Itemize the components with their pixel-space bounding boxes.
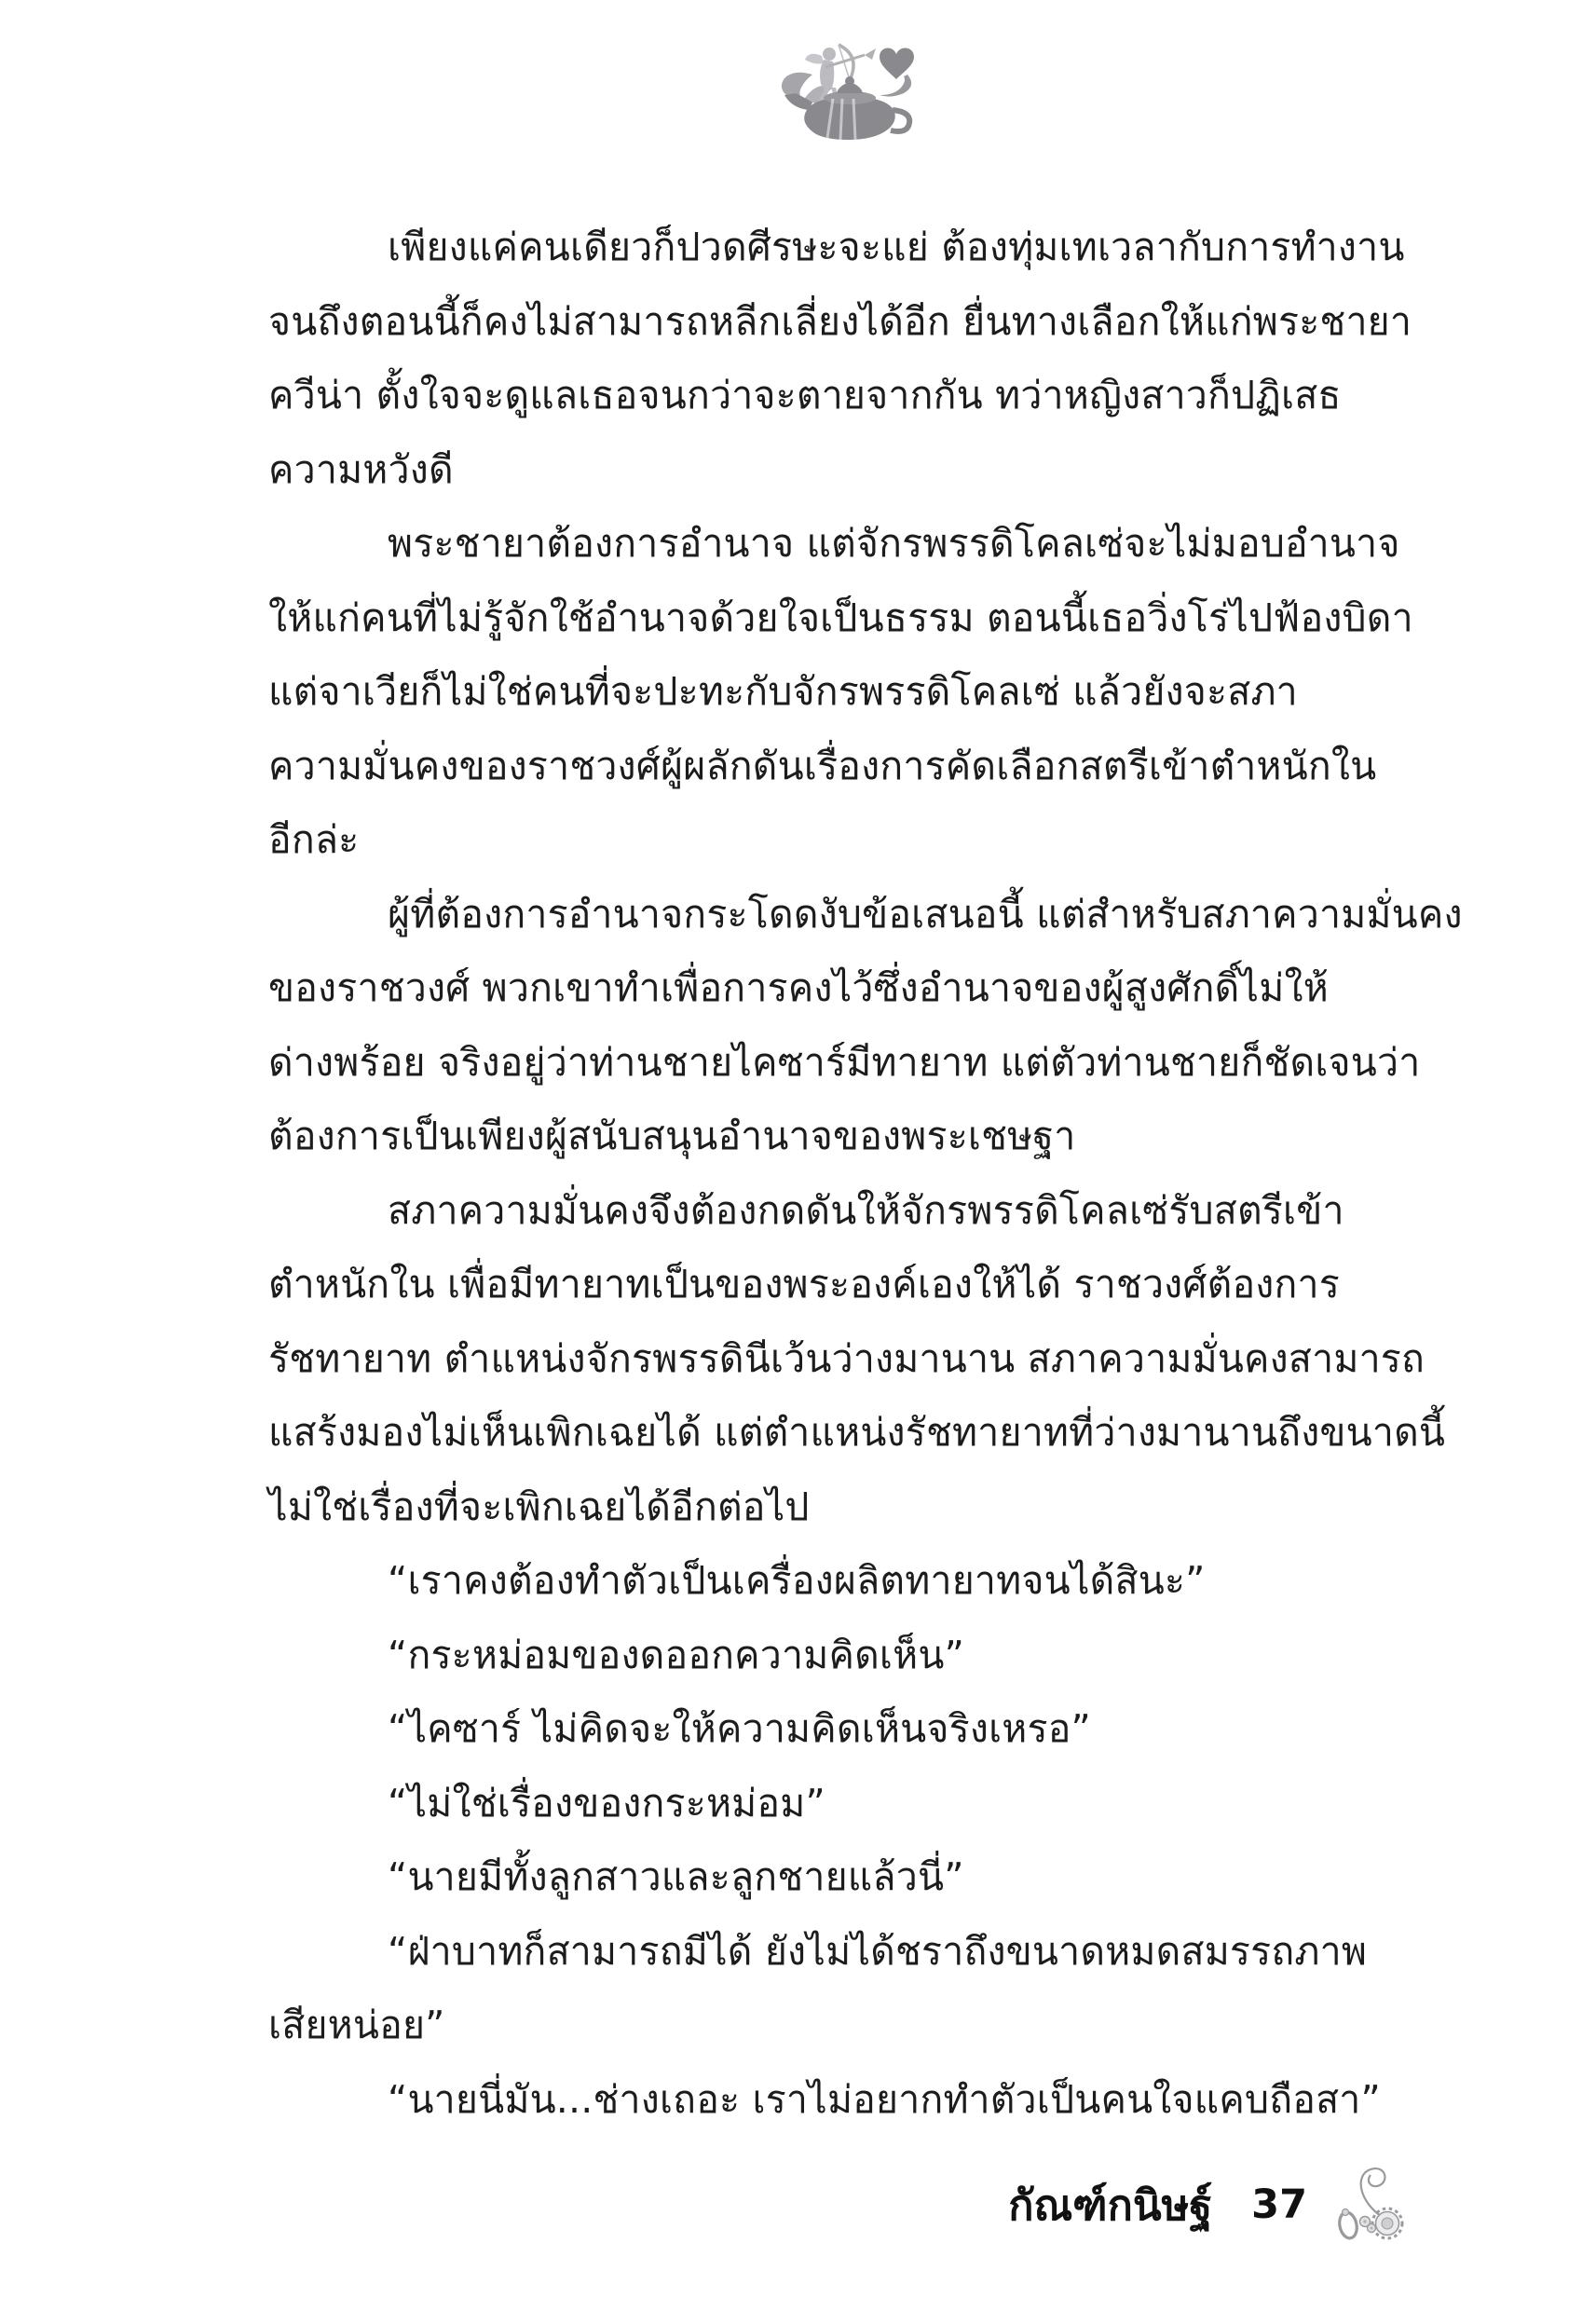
text-line: ด่างพร้อย จริงอยู่ว่าท่านชายไคซาร์มีทายา… [268, 1026, 1440, 1101]
text-line: เสียหน่อย” [268, 1989, 1440, 2063]
necklace-ring-icon [1331, 2160, 1413, 2249]
text-line: “เราคงต้องทำตัวเป็นเครื่องผลิตทายาทจนได้… [268, 1544, 1440, 1619]
page-number: 37 [1251, 2181, 1307, 2228]
text-line: “นายมีทั้งลูกสาวและลูกชายแล้วนี่” [268, 1840, 1440, 1915]
text-line: ตำหนักใน เพื่อมีทายาทเป็นของพระองค์เองให… [268, 1248, 1440, 1322]
text-line: รัชทายาท ตำแหน่งจักรพรรดินีเว้นว่างมานาน… [268, 1322, 1440, 1397]
text-line: อีกล่ะ [268, 803, 1440, 878]
text-line: สภาความมั่นคงจึงต้องกดดันให้จักรพรรดิโคล… [268, 1174, 1440, 1249]
page-footer: กัณฑ์กนิษฐ์ 37 [1008, 2160, 1413, 2249]
cupid-genie-lamp-ornament [768, 39, 935, 149]
text-line: ผู้ที่ต้องการอำนาจกระโดดงับข้อเสนอนี้ แต… [268, 878, 1440, 952]
jewelry-necklace-ornament [1331, 2160, 1413, 2249]
text-line: เพียงแค่คนเดียวก็ปวดศีรษะจะแย่ ต้องทุ่มเ… [268, 211, 1440, 285]
text-line: “นายนี่มัน...ช่างเถอะ เราไม่อยากทำตัวเป็… [268, 2063, 1440, 2138]
book-page: เพียงแค่คนเดียวก็ปวดศีรษะจะแย่ ต้องทุ่มเ… [0, 0, 1596, 2311]
text-line: ควีน่า ตั้งใจจะดูแลเธอจนกว่าจะตายจากกัน … [268, 359, 1440, 433]
text-line: “ไม่ใช่เรื่องของกระหม่อม” [268, 1767, 1440, 1841]
text-line: จนถึงตอนนี้ก็คงไม่สามารถหลีกเลี่ยงได้อีก… [268, 285, 1440, 360]
text-line: “กระหม่อมของดออกความคิดเห็น” [268, 1619, 1440, 1693]
text-line: “ไคซาร์ ไม่คิดจะให้ความคิดเห็นจริงเหรอ” [268, 1692, 1440, 1767]
text-line: ความมั่นคงของราชวงศ์ผู้ผลักดันเรื่องการค… [268, 730, 1440, 804]
body-text: เพียงแค่คนเดียวก็ปวดศีรษะจะแย่ ต้องทุ่มเ… [268, 211, 1440, 2137]
text-line: พระชายาต้องการอำนาจ แต่จักรพรรดิโคลเซ่จะ… [268, 507, 1440, 581]
text-line: แสร้งมองไม่เห็นเพิกเฉยได้ แต่ตำแหน่งรัชท… [268, 1396, 1440, 1470]
text-line: แต่จาเวียก็ไม่ใช่คนที่จะปะทะกับจักรพรรดิ… [268, 655, 1440, 730]
text-line: ไม่ใช่เรื่องที่จะเพิกเฉยได้อีกต่อไป [268, 1470, 1440, 1545]
book-title: กัณฑ์กนิษฐ์ [1008, 2171, 1212, 2238]
text-line: ความหวังดี [268, 433, 1440, 508]
text-line: “ฝ่าบาทก็สามารถมีได้ ยังไม่ได้ชราถึงขนาด… [268, 1915, 1440, 1990]
text-line: ต้องการเป็นเพียงผู้สนับสนุนอำนาจของพระเช… [268, 1100, 1440, 1174]
cupid-lamp-icon [768, 39, 935, 149]
text-line: ให้แก่คนที่ไม่รู้จักใช้อำนาจด้วยใจเป็นธร… [268, 581, 1440, 656]
text-line: ของราชวงศ์ พวกเขาทำเพื่อการคงไว้ซึ่งอำนา… [268, 951, 1440, 1026]
